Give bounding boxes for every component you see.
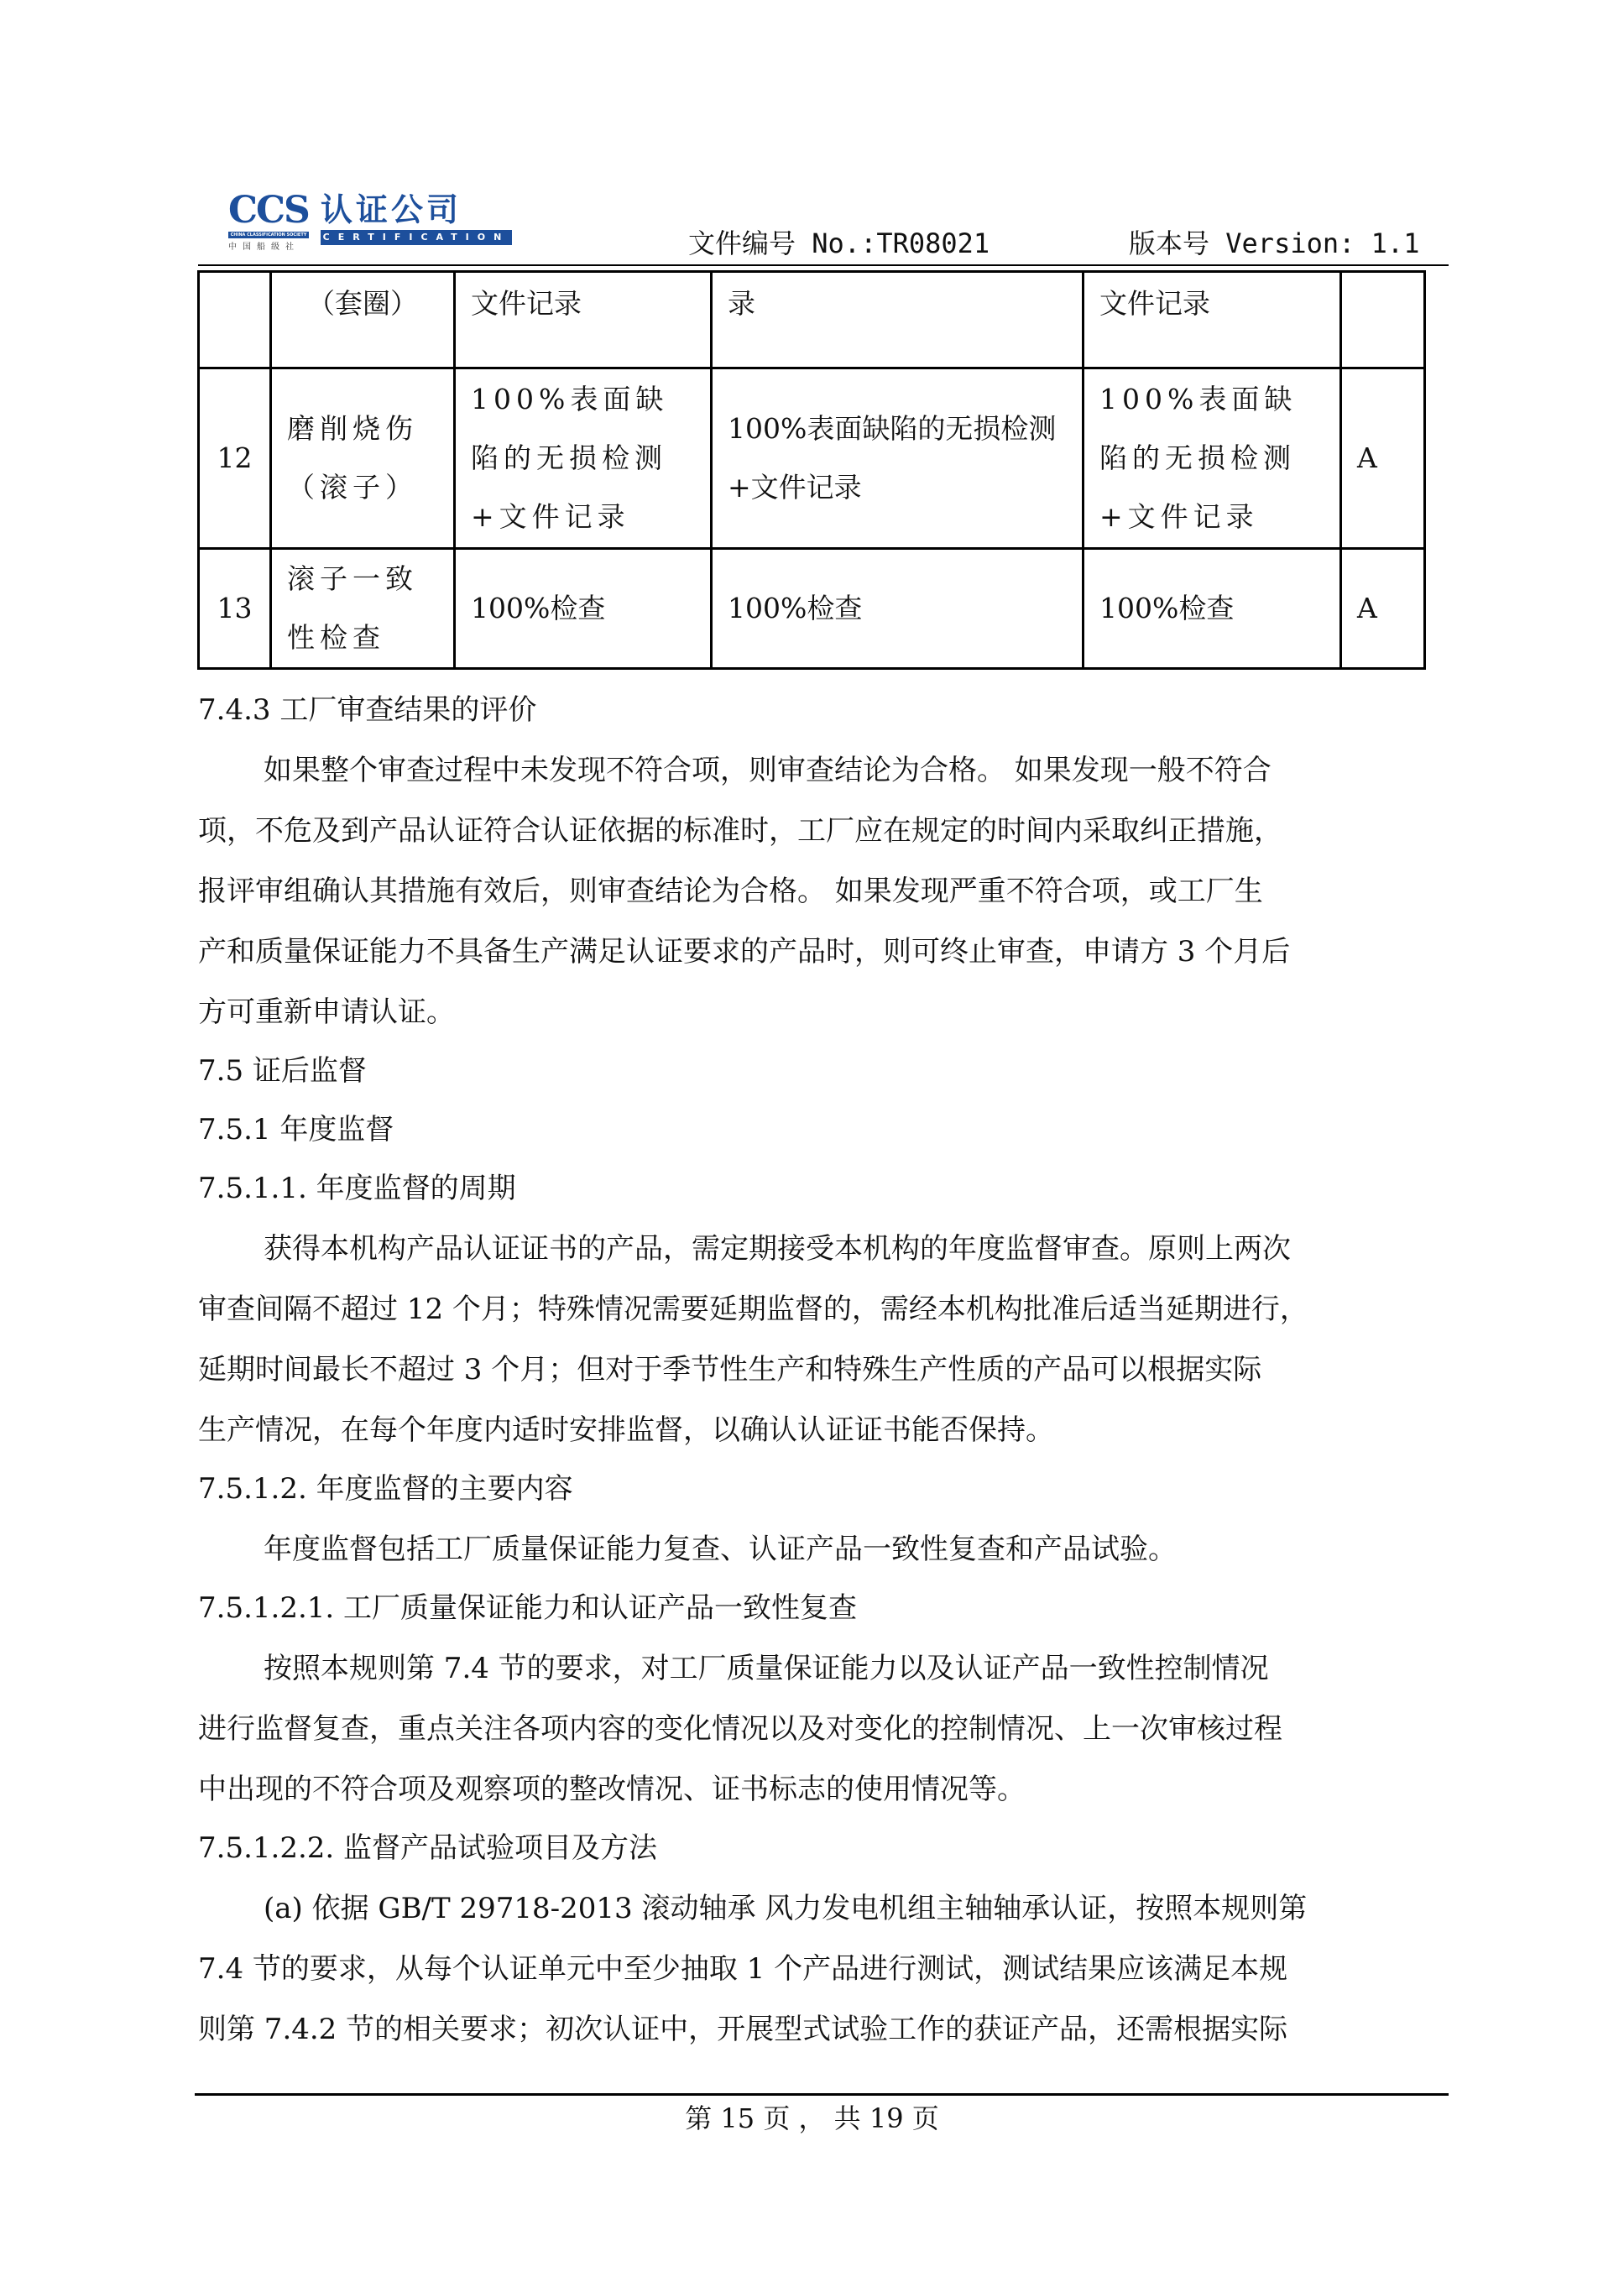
paragraph-line: 延期时间最长不超过 3 个月；但对于季节性生产和特殊生产性质的产品可以根据实际 bbox=[198, 1353, 1261, 1387]
paragraph-line: 7.4 节的要求，从每个认证单元中至少抽取 1 个产品进行测试，测试结果应该满足… bbox=[198, 1952, 1287, 1986]
ccs-certification-logo: CCS CHINA CLASSIFICATION SOCIETY 中国船级社 认… bbox=[228, 191, 522, 248]
row-cell-3: 文件记录 bbox=[1084, 272, 1341, 368]
paragraph-line: 方可重新申请认证。 bbox=[198, 995, 455, 1029]
footer-divider bbox=[195, 2093, 1449, 2096]
row-number bbox=[199, 272, 271, 368]
paragraph-line: 则第 7.4.2 节的相关要求；初次认证中，开展型式试验工作的获证产品，还需根据… bbox=[198, 2013, 1287, 2046]
section-heading-7-4-3: 7.4.3 工厂审查结果的评价 bbox=[198, 693, 536, 727]
version-number: 版本号 Version: 1.1 bbox=[1129, 228, 1419, 259]
row-cell-1: 文件记录 bbox=[455, 272, 712, 368]
logo-society-band: CHINA CLASSIFICATION SOCIETY bbox=[228, 232, 309, 238]
section-heading-7-5-1: 7.5.1 年度监督 bbox=[198, 1113, 394, 1146]
logo-society-cn: 中国船级社 bbox=[228, 239, 300, 252]
header-divider bbox=[198, 264, 1449, 266]
table-row: 13 滚子一致性检查 100%检查 100%检查 100%检查 A bbox=[199, 549, 1425, 669]
logo-ccs-mark: CCS bbox=[228, 191, 309, 230]
paragraph-line: 审查间隔不超过 12 个月；特殊情况需要延期监督的，需经本机构批准后适当延期进行… bbox=[198, 1293, 1308, 1326]
paragraph-line: 中出现的不符合项及观察项的整改情况、证书标志的使用情况等。 bbox=[198, 1773, 1026, 1806]
row-number: 13 bbox=[199, 549, 271, 669]
row-grade bbox=[1341, 272, 1425, 368]
paragraph-line: 按照本规则第 7.4 节的要求，对工厂质量保证能力以及认证产品一致性控制情况 bbox=[198, 1652, 1269, 1685]
page-number: 第 15 页 ， 共 19 页 bbox=[0, 2102, 1624, 2135]
paragraph-line: 产和质量保证能力不具备生产满足认证要求的产品时，则可终止审查，申请方 3 个月后 bbox=[198, 935, 1290, 969]
row-cell-3: 100%表面缺陷的无损检测+文件记录 bbox=[1084, 368, 1341, 549]
table-row: 12 磨削烧伤（滚子） 100%表面缺陷的无损检测+文件记录 100%表面缺陷的… bbox=[199, 368, 1425, 549]
inspection-table: （套圈） 文件记录 录 文件记录 12 磨削烧伤（滚子） 100%表面缺陷的无损… bbox=[197, 270, 1426, 670]
row-cell-3: 100%检查 bbox=[1084, 549, 1341, 669]
paragraph-line: (a) 依据 GB/T 29718-2013 滚动轴承 风力发电机组主轴轴承认证… bbox=[198, 1892, 1307, 1925]
row-cell-2: 录 bbox=[712, 272, 1084, 368]
row-number: 12 bbox=[199, 368, 271, 549]
paragraph-line: 进行监督复查，重点关注各项内容的变化情况以及对变化的控制情况、上一次审核过程 bbox=[198, 1712, 1282, 1746]
paragraph-line: 年度监督包括工厂质量保证能力复查、认证产品一致性复查和产品试验。 bbox=[198, 1533, 1177, 1566]
table-row: （套圈） 文件记录 录 文件记录 bbox=[199, 272, 1425, 368]
paragraph-line: 报评审组确认其措施有效后，则审查结论为合格。 如果发现严重不符合项，或工厂生 bbox=[198, 875, 1263, 908]
section-heading-7-5-1-1: 7.5.1.1. 年度监督的周期 bbox=[198, 1172, 516, 1205]
document-number: 文件编号 No.:TR08021 bbox=[688, 228, 990, 259]
logo-company-name: 认证公司 bbox=[321, 191, 462, 228]
row-cell-2: 100%检查 bbox=[712, 549, 1084, 669]
row-cell-1: 100%表面缺陷的无损检测+文件记录 bbox=[455, 368, 712, 549]
section-heading-7-5-1-2: 7.5.1.2. 年度监督的主要内容 bbox=[198, 1472, 573, 1506]
row-grade: A bbox=[1341, 549, 1425, 669]
row-item: （套圈） bbox=[271, 272, 455, 368]
logo-certification-band: CERTIFICATION bbox=[321, 230, 512, 245]
paragraph-line: 获得本机构产品认证证书的产品，需定期接受本机构的年度监督审查。原则上两次 bbox=[198, 1232, 1291, 1266]
row-cell-2: 100%表面缺陷的无损检测+文件记录 bbox=[712, 368, 1084, 549]
section-heading-7-5-1-2-1: 7.5.1.2.1. 工厂质量保证能力和认证产品一致性复查 bbox=[198, 1591, 857, 1625]
row-grade: A bbox=[1341, 368, 1425, 549]
paragraph-line: 生产情况，在每个年度内适时安排监督，以确认认证证书能否保持。 bbox=[198, 1413, 1054, 1447]
row-cell-1: 100%检查 bbox=[455, 549, 712, 669]
paragraph-line: 如果整个审查过程中未发现不符合项，则审查结论为合格。 如果发现一般不符合 bbox=[198, 754, 1272, 787]
row-item: 滚子一致性检查 bbox=[271, 549, 455, 669]
paragraph-line: 项，不危及到产品认证符合认证依据的标准时，工厂应在规定的时间内采取纠正措施， bbox=[198, 814, 1282, 848]
row-item: 磨削烧伤（滚子） bbox=[271, 368, 455, 549]
section-heading-7-5-1-2-2: 7.5.1.2.2. 监督产品试验项目及方法 bbox=[198, 1831, 657, 1865]
section-heading-7-5: 7.5 证后监督 bbox=[198, 1054, 367, 1088]
